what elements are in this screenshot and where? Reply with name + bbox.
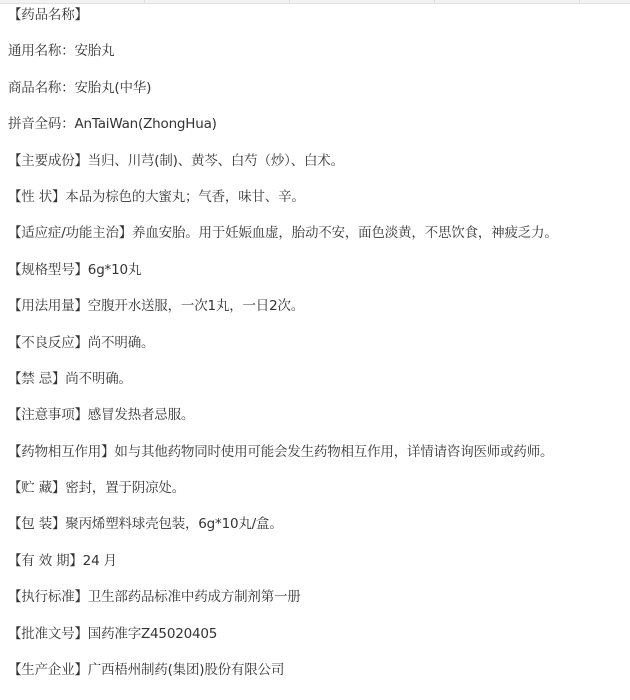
drug-interactions: 【药物相互作用】如与其他药物同时使用可能会发生药物相互作用，详情请咨询医师或药师…	[8, 442, 630, 478]
storage: 【贮 藏】密封，置于阴凉处。	[8, 478, 630, 514]
pinyin-code: 拼音全码：AnTaiWan(ZhongHua)	[8, 114, 630, 150]
trade-name: 商品名称：安胎丸(中华)	[8, 78, 630, 114]
table-cell	[290, 0, 435, 3]
generic-name: 通用名称：安胎丸	[8, 41, 630, 77]
specification: 【规格型号】6g*10丸	[8, 260, 630, 296]
execution-standard: 【执行标准】卫生部药品标准中药成方制剂第一册	[8, 587, 630, 623]
contraindications: 【禁 忌】尚不明确。	[8, 369, 630, 405]
dosage: 【用法用量】空腹开水送服，一次1丸，一日2次。	[8, 296, 630, 332]
properties: 【性 状】本品为棕色的大蜜丸；气香，味甘、辛。	[8, 187, 630, 223]
approval-number: 【批准文号】国药准字Z45020405	[8, 624, 630, 660]
table-cell	[435, 0, 580, 3]
packaging: 【包 装】聚丙烯塑料球壳包装，6g*10丸/盒。	[8, 514, 630, 550]
manufacturer: 【生产企业】广西梧州制药(集团)股份有限公司	[8, 660, 630, 696]
section-heading-drug-name: 【药品名称】	[8, 5, 630, 41]
table-cell	[580, 0, 630, 3]
drug-info-document: 【药品名称】 通用名称：安胎丸 商品名称：安胎丸(中华) 拼音全码：AnTaiW…	[8, 5, 630, 696]
indications: 【适应症/功能主治】养血安胎。用于妊娠血虚，胎动不安，面色淡黄，不思饮食，神疲乏…	[8, 223, 630, 259]
table-header-strip	[0, 0, 630, 4]
shelf-life: 【有 效 期】24 月	[8, 551, 630, 587]
table-cell	[145, 0, 290, 3]
adverse-reactions: 【不良反应】尚不明确。	[8, 333, 630, 369]
table-cell	[0, 0, 145, 3]
main-ingredients: 【主要成份】当归、川芎(制)、黄芩、白芍（炒）、白术。	[8, 151, 630, 187]
precautions: 【注意事项】感冒发热者忌服。	[8, 405, 630, 441]
